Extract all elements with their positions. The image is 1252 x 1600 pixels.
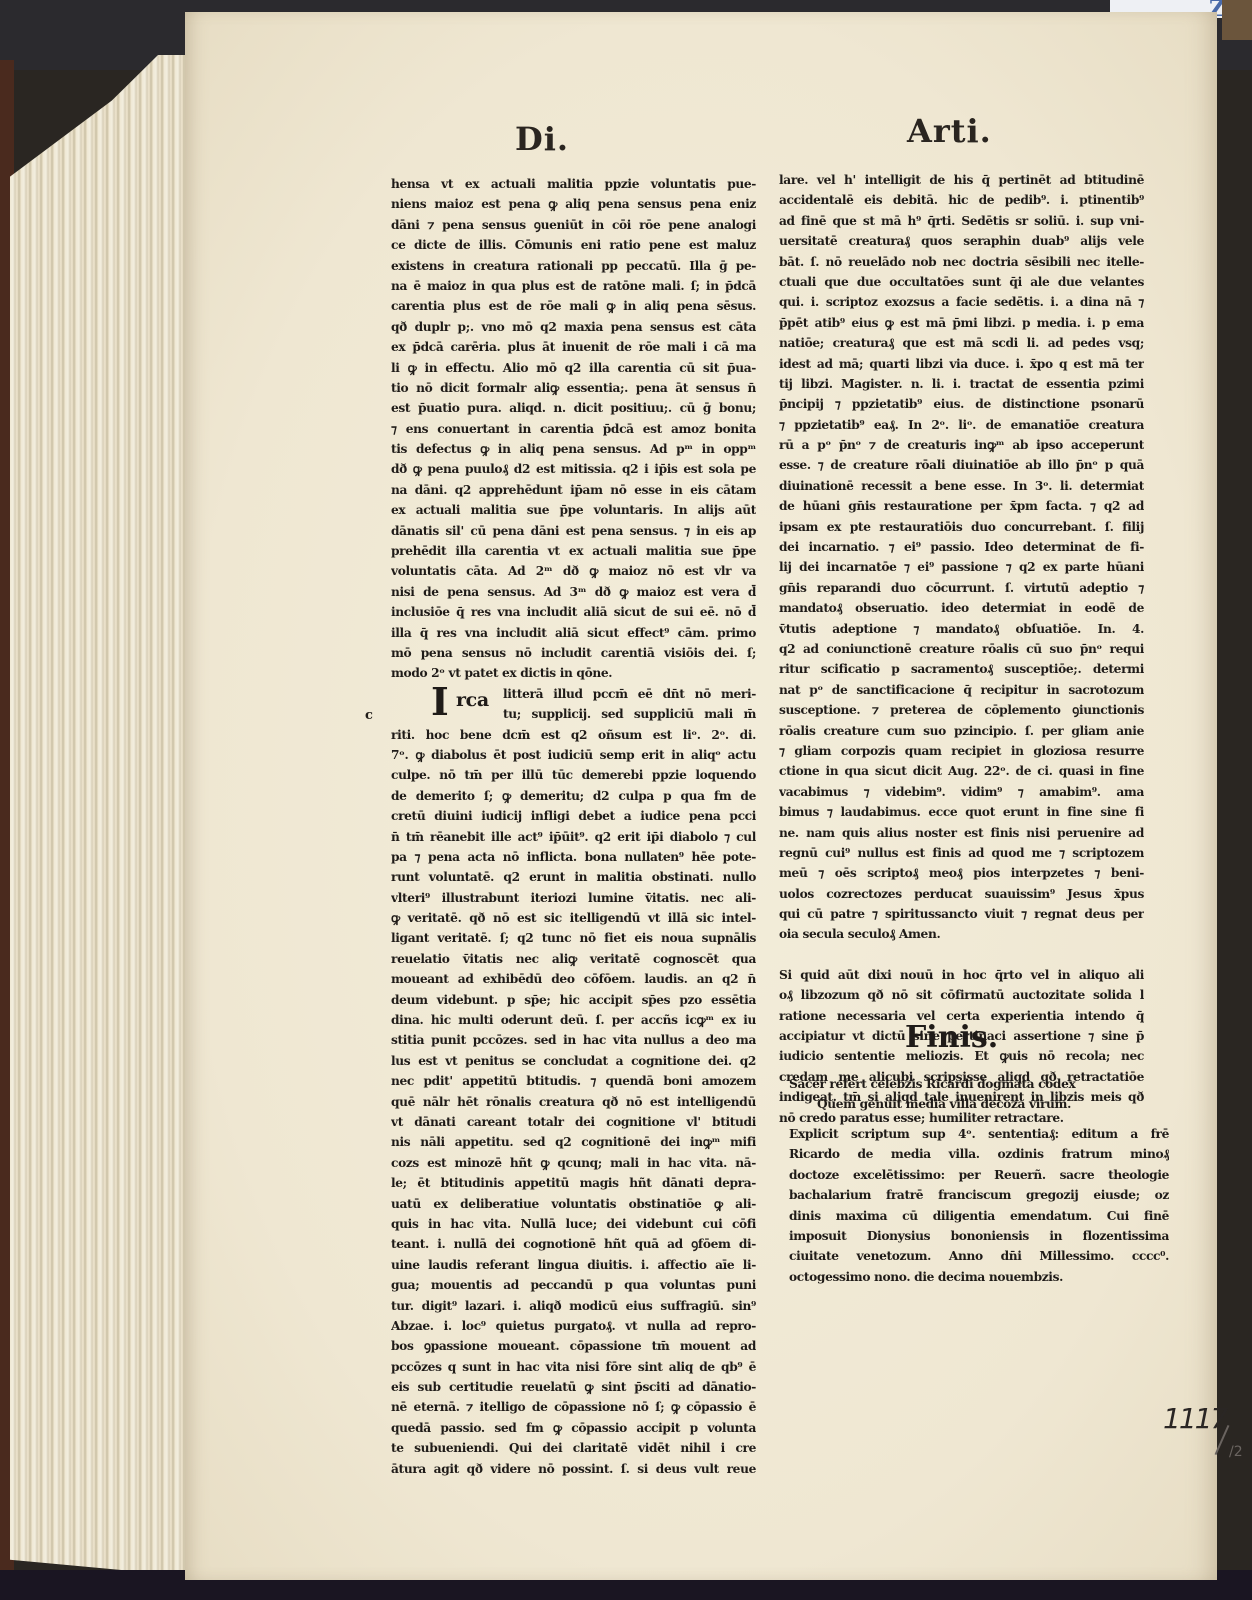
- text-line: vt dānati careant totalr dei cognitione …: [391, 1112, 756, 1132]
- text-line: nē eternā. ⁊ itelligo de cōpassione nō ſ…: [391, 1397, 756, 1417]
- text-line: q2 ad coniunctionē creature rōalis cū su…: [779, 639, 1144, 659]
- colophon: Explicit scriptum sup 4ᵒ. sententia₰: ed…: [789, 1124, 1169, 1287]
- running-head-right: Arti.: [907, 112, 992, 150]
- text-line: ligant veritatē. ſ; q2 tunc nō fiet eis …: [391, 928, 756, 948]
- text-line: tis defectus ꝙ in aliq pena sensus. Ad p…: [391, 439, 756, 459]
- text-line: p̄pēt atib⁹ eius ꝙ est mā p̄mi libzi. p …: [779, 313, 1144, 333]
- text-line: nis nāli appetitu. sed q2 cognitionē dei…: [391, 1132, 756, 1152]
- text-line: nec pdit' appetitū btitudis. ⁊ quendā bo…: [391, 1071, 756, 1091]
- text-line: esse. ⁊ de creature rōali diuinatiōe ab …: [779, 455, 1144, 475]
- text-line: dinis maxima cū diligentia emendatum. Cu…: [789, 1206, 1169, 1226]
- text-line: gn̄is reparandi duo cōcurrunt. ſ. virtut…: [779, 578, 1144, 598]
- text-line: de hūani gn̄is restauratione per x̄pm fa…: [779, 496, 1144, 516]
- text-line: vacabimus ⁊ videbim⁹. vidim⁹ ⁊ amabim⁹. …: [779, 782, 1144, 802]
- text-line: v̄tutis adeptione ⁊ mandato₰ obſuatiōe. …: [779, 619, 1144, 639]
- text-line: hensa vt ex actuali malitia ppzie volunt…: [391, 174, 756, 194]
- text-line: vlteri⁹ illustrabunt iteriozi lumine v̄i…: [391, 888, 756, 908]
- verse-line: Quem genuit media villa decoza virum.: [789, 1094, 1169, 1114]
- text-line: natiōe; creatura₰ que est mā scdi li. ad…: [779, 333, 1144, 353]
- text-line: ce dicte de illis. Cōmunis eni ratio pen…: [391, 235, 756, 255]
- text-line: diuinationē recessit a bene esse. In 3ᵒ.…: [779, 476, 1144, 496]
- text-line: 7ᵒ. ꝙ diabolus ēt post iudiciū semp erit…: [391, 745, 756, 765]
- text-line: Explicit scriptum sup 4ᵒ. sententia₰: ed…: [789, 1124, 1169, 1144]
- verse-line: Sacer refert celebzis Ricardi dogmata co…: [789, 1074, 1169, 1094]
- text-line: lare. vel h' intelligit de his q̄ pertin…: [779, 170, 1144, 190]
- verse-couplet: Sacer refert celebzis Ricardi dogmata co…: [789, 1074, 1169, 1115]
- text-line: bimus ⁊ laudabimus. ecce quot erunt in f…: [779, 802, 1144, 822]
- text-line: tio nō dicit formalr aliꝙ essentia;. pen…: [391, 378, 756, 398]
- text-line: doctoze excelētissimo: per Reuerñ. sacre…: [789, 1165, 1169, 1185]
- book-page: Di. Arti. hensa vt ex actuali malitia pp…: [185, 12, 1217, 1580]
- text-line: nat pᵒ de sanctificacione q̄ recipitur i…: [779, 680, 1144, 700]
- text-line: ex actuali malitia sue p̄pe voluntaris. …: [391, 500, 756, 520]
- text-line: ipsam ex pte restauratiōis duo concurreb…: [779, 517, 1144, 537]
- text-line: na dāni. q2 apprehēdunt ip̄am nō esse in…: [391, 480, 756, 500]
- text-line: teant. i. nullā dei cognotionē hñt quā a…: [391, 1234, 756, 1254]
- text-line: voluntatis cāta. Ad 2ᵐ dð ꝙ maioz nō est…: [391, 561, 756, 581]
- text-line: Abzae. i. loc⁹ quietus purgato₰. vt null…: [391, 1316, 756, 1336]
- text-line: ex p̄dcā carēria. plus āt inuenit de rōe…: [391, 337, 756, 357]
- text-line: uolos cozrectozes perducat suauissim⁹ Je…: [779, 884, 1144, 904]
- text-line: mandato₰ obseruatio. ideo determiat in e…: [779, 598, 1144, 618]
- text-line: illa q̄ res vna includit aliā sicut effe…: [391, 623, 756, 643]
- folio-number: 1117: [1163, 1402, 1226, 1435]
- text-line: dð ꝙ pena puulo₰ d2 est mitissia. q2 i i…: [391, 459, 756, 479]
- text-line: meū ⁊ oēs scripto₰ meo₰ pios interpzetes…: [779, 863, 1144, 883]
- text-line: ne. nam quis alius noster est finis nisi…: [779, 823, 1144, 843]
- finis-heading: Finis.: [905, 1020, 998, 1055]
- text-line: bos ꝯpassione moueant. cōpassione tm̄ mo…: [391, 1336, 756, 1356]
- text-line: prehēdit illa carentia vt ex actuali mal…: [391, 541, 756, 561]
- text-column-right: lare. vel h' intelligit de his q̄ pertin…: [779, 170, 1144, 1128]
- text-line: quis in hac vita. Nullā luce; dei videbu…: [391, 1214, 756, 1234]
- text-line: octogessimo nono. die decima nouembzis.: [789, 1267, 1169, 1287]
- text-line: lus est vt penitus se concludat a cognit…: [391, 1051, 756, 1071]
- text-line: p̄ncipij ⁊ ppzietatib⁹ eius. de distinct…: [779, 394, 1144, 414]
- text-line: existens in creatura rationali pp peccat…: [391, 256, 756, 276]
- text-line: qð duplr p;. vno mō q2 maxia pena sensus…: [391, 317, 756, 337]
- text-line: tij libzi. Magister. n. li. i. tractat d…: [779, 374, 1144, 394]
- text-line: quē nālr hēt rōnalis creatura qð nō est …: [391, 1092, 756, 1112]
- text-line: na ē maioz in qua plus est de ratōne mal…: [391, 276, 756, 296]
- text-line: cozs est minozē hñt ꝙ qcunq; mali in hac…: [391, 1153, 756, 1173]
- text-line: pccōzes q sunt in hac vita nisi fōre sin…: [391, 1357, 756, 1377]
- text-line: gua; mouentis ad peccandū p qua voluntas…: [391, 1275, 756, 1295]
- text-line: inclusiōe q̄ res vna includit aliā sicut…: [391, 602, 756, 622]
- text-line: susceptione. ⁊ preterea de cōplemento ꝯi…: [779, 700, 1144, 720]
- text-line: uersitatē creatura₰ quos seraphin duab⁹ …: [779, 231, 1144, 251]
- text-line: li ꝙ in effectu. Alio mō q2 illa carenti…: [391, 358, 756, 378]
- text-line: ꝙ veritatē. qð nō est sic itelligendū vt…: [391, 908, 756, 928]
- drop-initial: I: [431, 682, 448, 722]
- text-line: riti. hoc bene dcm̄ est q2 oñsum est liᵒ…: [391, 725, 756, 745]
- text-line: deum videbunt. p sp̄e; hic accipit sp̄es…: [391, 990, 756, 1010]
- text-line: runt voluntatē. q2 erunt in malitia obst…: [391, 867, 756, 887]
- text-line: ciuitate venetozum. Anno dn̄i Millessimo…: [789, 1246, 1169, 1266]
- text-line: moueant ad exhibēdū deo cōfōem. laudis. …: [391, 969, 756, 989]
- initial-paragraph: c I rca litterā illud pccm̄ eē dn̄t nō m…: [391, 684, 756, 725]
- text-line: de demerito ſ; ꝙ demeritu; d2 culpa p qu…: [391, 786, 756, 806]
- page-stack-fore-edge: [10, 55, 195, 1575]
- folio-sub-number: /2: [1229, 1444, 1243, 1460]
- text-line: mō pena sensus nō includit carentiā visi…: [391, 643, 756, 663]
- text-line: dānatis sil' cū pena dāni est pena sensu…: [391, 521, 756, 541]
- text-line: n̄ tm̄ rēanebit ille act⁹ ip̄ūit⁹. q2 er…: [391, 827, 756, 847]
- text-line: rōalis creature cum suo pzincipio. ſ. pe…: [779, 721, 1144, 741]
- text-column-left: hensa vt ex actuali malitia ppzie volunt…: [391, 174, 756, 1479]
- text-line: ⁊ gliam corpozis quam recipiet in glozio…: [779, 741, 1144, 761]
- text-line: Si quid aūt dixi nouū in hoc q̄rto vel i…: [779, 965, 1144, 985]
- text-line: oia secula seculo₰ Amen.: [779, 924, 1144, 944]
- text-line: dei incarnatio. ⁊ ei⁹ passio. Ideo deter…: [779, 537, 1144, 557]
- text-line: dāni ⁊ pena sensus ꝯueniūt in cōi rōe pe…: [391, 215, 756, 235]
- text-line: ⁊ ens conuertant in carentia p̄dcā est a…: [391, 419, 756, 439]
- text-line: culpe. nō tm̄ per illū tūc demerebi ppzi…: [391, 765, 756, 785]
- text-line: reuelatio v̄itatis nec aliꝙ veritatē cog…: [391, 949, 756, 969]
- text-line: carentia plus est de rōe mali ꝙ in aliq …: [391, 296, 756, 316]
- text-line: tur. digit⁹ lazari. i. aliqð modicū eius…: [391, 1296, 756, 1316]
- margin-letter: c: [365, 706, 373, 726]
- cloth-background: [1222, 0, 1252, 40]
- text-line: accidentalē eis debitā. hic de pedib⁹. i…: [779, 190, 1144, 210]
- text-line: pa ⁊ pena acta nō inflicta. bona nullate…: [391, 847, 756, 867]
- text-line: o₰ libzozum qð nō sit cōfirmatū auctozit…: [779, 985, 1144, 1005]
- text-line: quedā passio. sed fm ꝙ cōpassio accipit …: [391, 1418, 756, 1438]
- text-line: ctione in qua sicut dicit Aug. 22ᵒ. de c…: [779, 761, 1144, 781]
- text-line: nisi de pena sensus. Ad 3ᵐ dð ꝙ maioz es…: [391, 582, 756, 602]
- text-line: eis sub certitudie reuelatū ꝙ sint p̄sci…: [391, 1377, 756, 1397]
- text-line: Ricardo de media villa. ozdinis fratrum …: [789, 1144, 1169, 1164]
- text-line: ritur scificatio p sacramento₰ susceptiō…: [779, 659, 1144, 679]
- text-line: rū a pᵒ p̄nᵒ ⁊ de creaturis inꝙᵐ ab ipso…: [779, 435, 1144, 455]
- text-line: imposuit Dionysius bononiensis in flozen…: [789, 1226, 1169, 1246]
- text-line: le; ēt btitudinis appetitū magis hñt dān…: [391, 1173, 756, 1193]
- text-line: ad finē que st mā h⁹ q̄rti. Sedētis sr s…: [779, 211, 1144, 231]
- initial-word-rest: rca: [456, 690, 489, 710]
- text-line: uatū ex deliberatiue voluntatis obstinat…: [391, 1194, 756, 1214]
- text-line: ⁊ ppzietatib⁹ ea₰. In 2ᵒ. liᵒ. de emanat…: [779, 415, 1144, 435]
- text-line: lij dei incarnatōe ⁊ ei⁹ passione ⁊ q2 e…: [779, 557, 1144, 577]
- text-line: uine laudis referant lingua diuitis. i. …: [391, 1255, 756, 1275]
- text-line: qui cū patre ⁊ spiritussancto viuit ⁊ re…: [779, 904, 1144, 924]
- text-line: niens maioz est pena ꝙ aliq pena sensus …: [391, 194, 756, 214]
- text-line: cretū diuini iudicij infligi debet a iud…: [391, 806, 756, 826]
- text-line: stitia punit pccōzes. sed in hac vita nu…: [391, 1030, 756, 1050]
- text-line: bāt. ſ. nō reuelādo nob nec doctria sēsi…: [779, 252, 1144, 272]
- text-line: est p̄uatio pura. aliqd. n. dicit positi…: [391, 398, 756, 418]
- text-line: regnū cui⁹ nullus est finis ad quod me ⁊…: [779, 843, 1144, 863]
- text-line: qui. i. scriptoz exozsus a facie sedētis…: [779, 292, 1144, 312]
- text-line: bachalarium fratrē franciscum gregozij e…: [789, 1185, 1169, 1205]
- running-head-left: Di.: [515, 120, 569, 158]
- text-line: ātura agit qð videre nō possint. ſ. si d…: [391, 1459, 756, 1479]
- text-line: dina. hic multi oderunt deū. ſ. per accñ…: [391, 1010, 756, 1030]
- text-line: idest ad mā; quarti libzi via duce. i. x…: [779, 354, 1144, 374]
- text-line: te subueniendi. Qui dei claritatē vidēt …: [391, 1438, 756, 1458]
- text-line: ctuali que due occultatōes sunt q̄i ale …: [779, 272, 1144, 292]
